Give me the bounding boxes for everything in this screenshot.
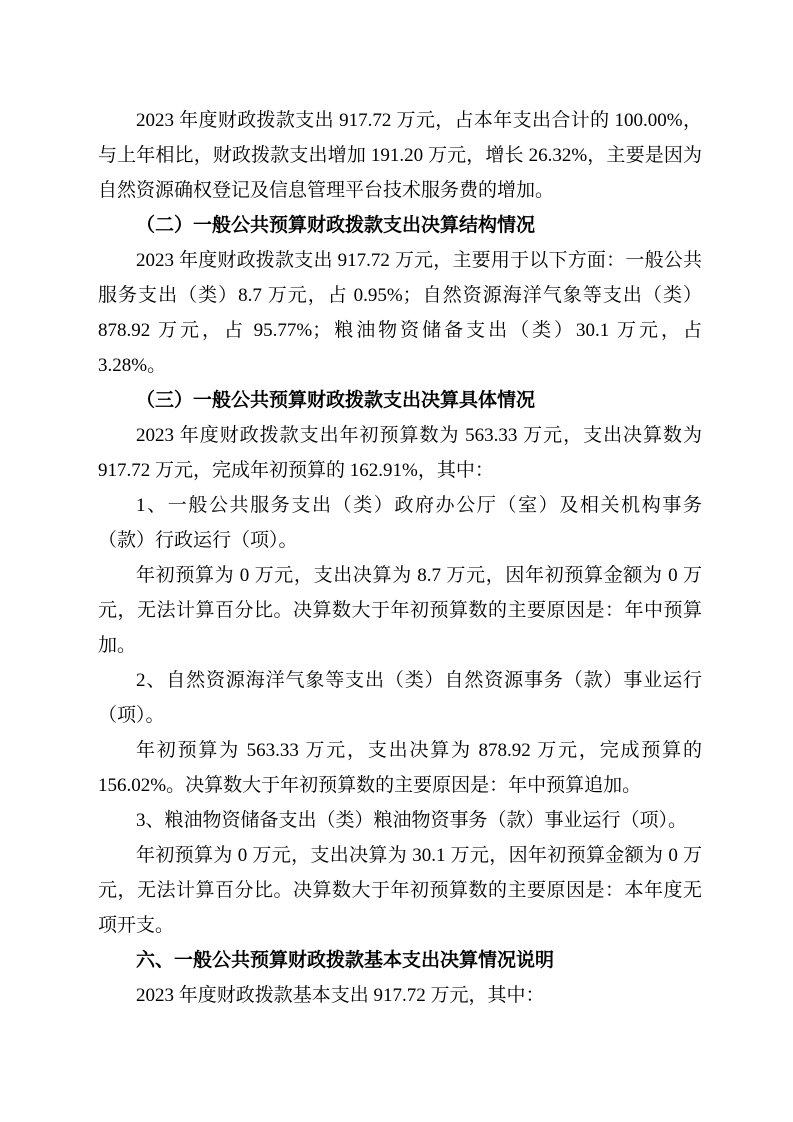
section-heading-2: （二）一般公共预算财政拨款支出决算结构情况: [98, 208, 702, 243]
text-line: 1、一般公共服务支出（类）政府办公厅（室）及相关机构事务: [98, 488, 702, 523]
text-line: 年初预算为 563.33 万元，支出决算为 878.92 万元，完成预算的: [98, 733, 702, 768]
text-line: 2、自然资源海洋气象等支出（类）自然资源事务（款）事业运行: [98, 663, 702, 698]
paragraph-budget-vs-final: 2023 年度财政拨款支出年初预算数为 563.33 万元，支出决算数为 917…: [98, 418, 702, 488]
paragraph-item-1-title: 1、一般公共服务支出（类）政府办公厅（室）及相关机构事务 （款）行政运行（项）。: [98, 488, 702, 558]
document-page: 2023 年度财政拨款支出 917.72 万元，占本年支出合计的 100.00%…: [0, 0, 793, 1122]
paragraph-item-2-title: 2、自然资源海洋气象等支出（类）自然资源事务（款）事业运行 （项）。: [98, 663, 702, 733]
section-heading-3: （三）一般公共预算财政拨款支出决算具体情况: [98, 383, 702, 418]
text-line: 服务支出（类）8.7 万元，占 0.95%；自然资源海洋气象等支出（类）: [98, 278, 702, 313]
text-line: 与上年相比，财政拨款支出增加 191.20 万元，增长 26.32%，主要是因为: [98, 138, 702, 173]
paragraph-item-3-detail: 年初预算为 0 万元，支出决算为 30.1 万元，因年初预算金额为 0 万 元，…: [98, 838, 702, 943]
text-line: 878.92 万元，占 95.77%；粮油物资储备支出（类）30.1 万元，占: [98, 313, 702, 348]
paragraph-fiscal-expenditure-summary: 2023 年度财政拨款支出 917.72 万元，占本年支出合计的 100.00%…: [98, 103, 702, 208]
text-line: 项开支。: [98, 908, 702, 943]
text-line: 2023 年度财政拨款支出 917.72 万元，主要用于以下方面：一般公共: [98, 243, 702, 278]
paragraph-basic-expenditure: 2023 年度财政拨款基本支出 917.72 万元，其中：: [98, 978, 702, 1013]
text-line: 156.02%。决算数大于年初预算数的主要原因是：年中预算追加。: [98, 768, 702, 803]
text-line: （款）行政运行（项）。: [98, 523, 702, 558]
text-line: 年初预算为 0 万元，支出决算为 30.1 万元，因年初预算金额为 0 万: [98, 838, 702, 873]
text-line: 元，无法计算百分比。决算数大于年初预算数的主要原因是：年中预算追: [98, 593, 702, 628]
text-line: 2023 年度财政拨款支出 917.72 万元，占本年支出合计的 100.00%…: [98, 103, 702, 138]
text-line: （项）。: [98, 698, 702, 733]
text-line: 2023 年度财政拨款基本支出 917.72 万元，其中：: [98, 978, 702, 1013]
paragraph-item-1-detail: 年初预算为 0 万元，支出决算为 8.7 万元，因年初预算金额为 0 万 元，无…: [98, 558, 702, 663]
text-line: 3、粮油物资储备支出（类）粮油物资事务（款）事业运行（项）。: [98, 803, 702, 838]
paragraph-expenditure-structure: 2023 年度财政拨款支出 917.72 万元，主要用于以下方面：一般公共 服务…: [98, 243, 702, 383]
section-heading-6: 六、一般公共预算财政拨款基本支出决算情况说明: [98, 943, 702, 978]
text-line: 自然资源确权登记及信息管理平台技术服务费的增加。: [98, 173, 702, 208]
text-line: 元，无法计算百分比。决算数大于年初预算数的主要原因是：本年度无此: [98, 873, 702, 908]
paragraph-item-2-detail: 年初预算为 563.33 万元，支出决算为 878.92 万元，完成预算的 15…: [98, 733, 702, 803]
text-line: 加。: [98, 628, 702, 663]
text-line: 年初预算为 0 万元，支出决算为 8.7 万元，因年初预算金额为 0 万: [98, 558, 702, 593]
text-line: 2023 年度财政拨款支出年初预算数为 563.33 万元，支出决算数为: [98, 418, 702, 453]
text-line: 3.28%。: [98, 348, 702, 383]
paragraph-item-3-title: 3、粮油物资储备支出（类）粮油物资事务（款）事业运行（项）。: [98, 803, 702, 838]
text-line: 917.72 万元，完成年初预算的 162.91%，其中：: [98, 453, 702, 488]
